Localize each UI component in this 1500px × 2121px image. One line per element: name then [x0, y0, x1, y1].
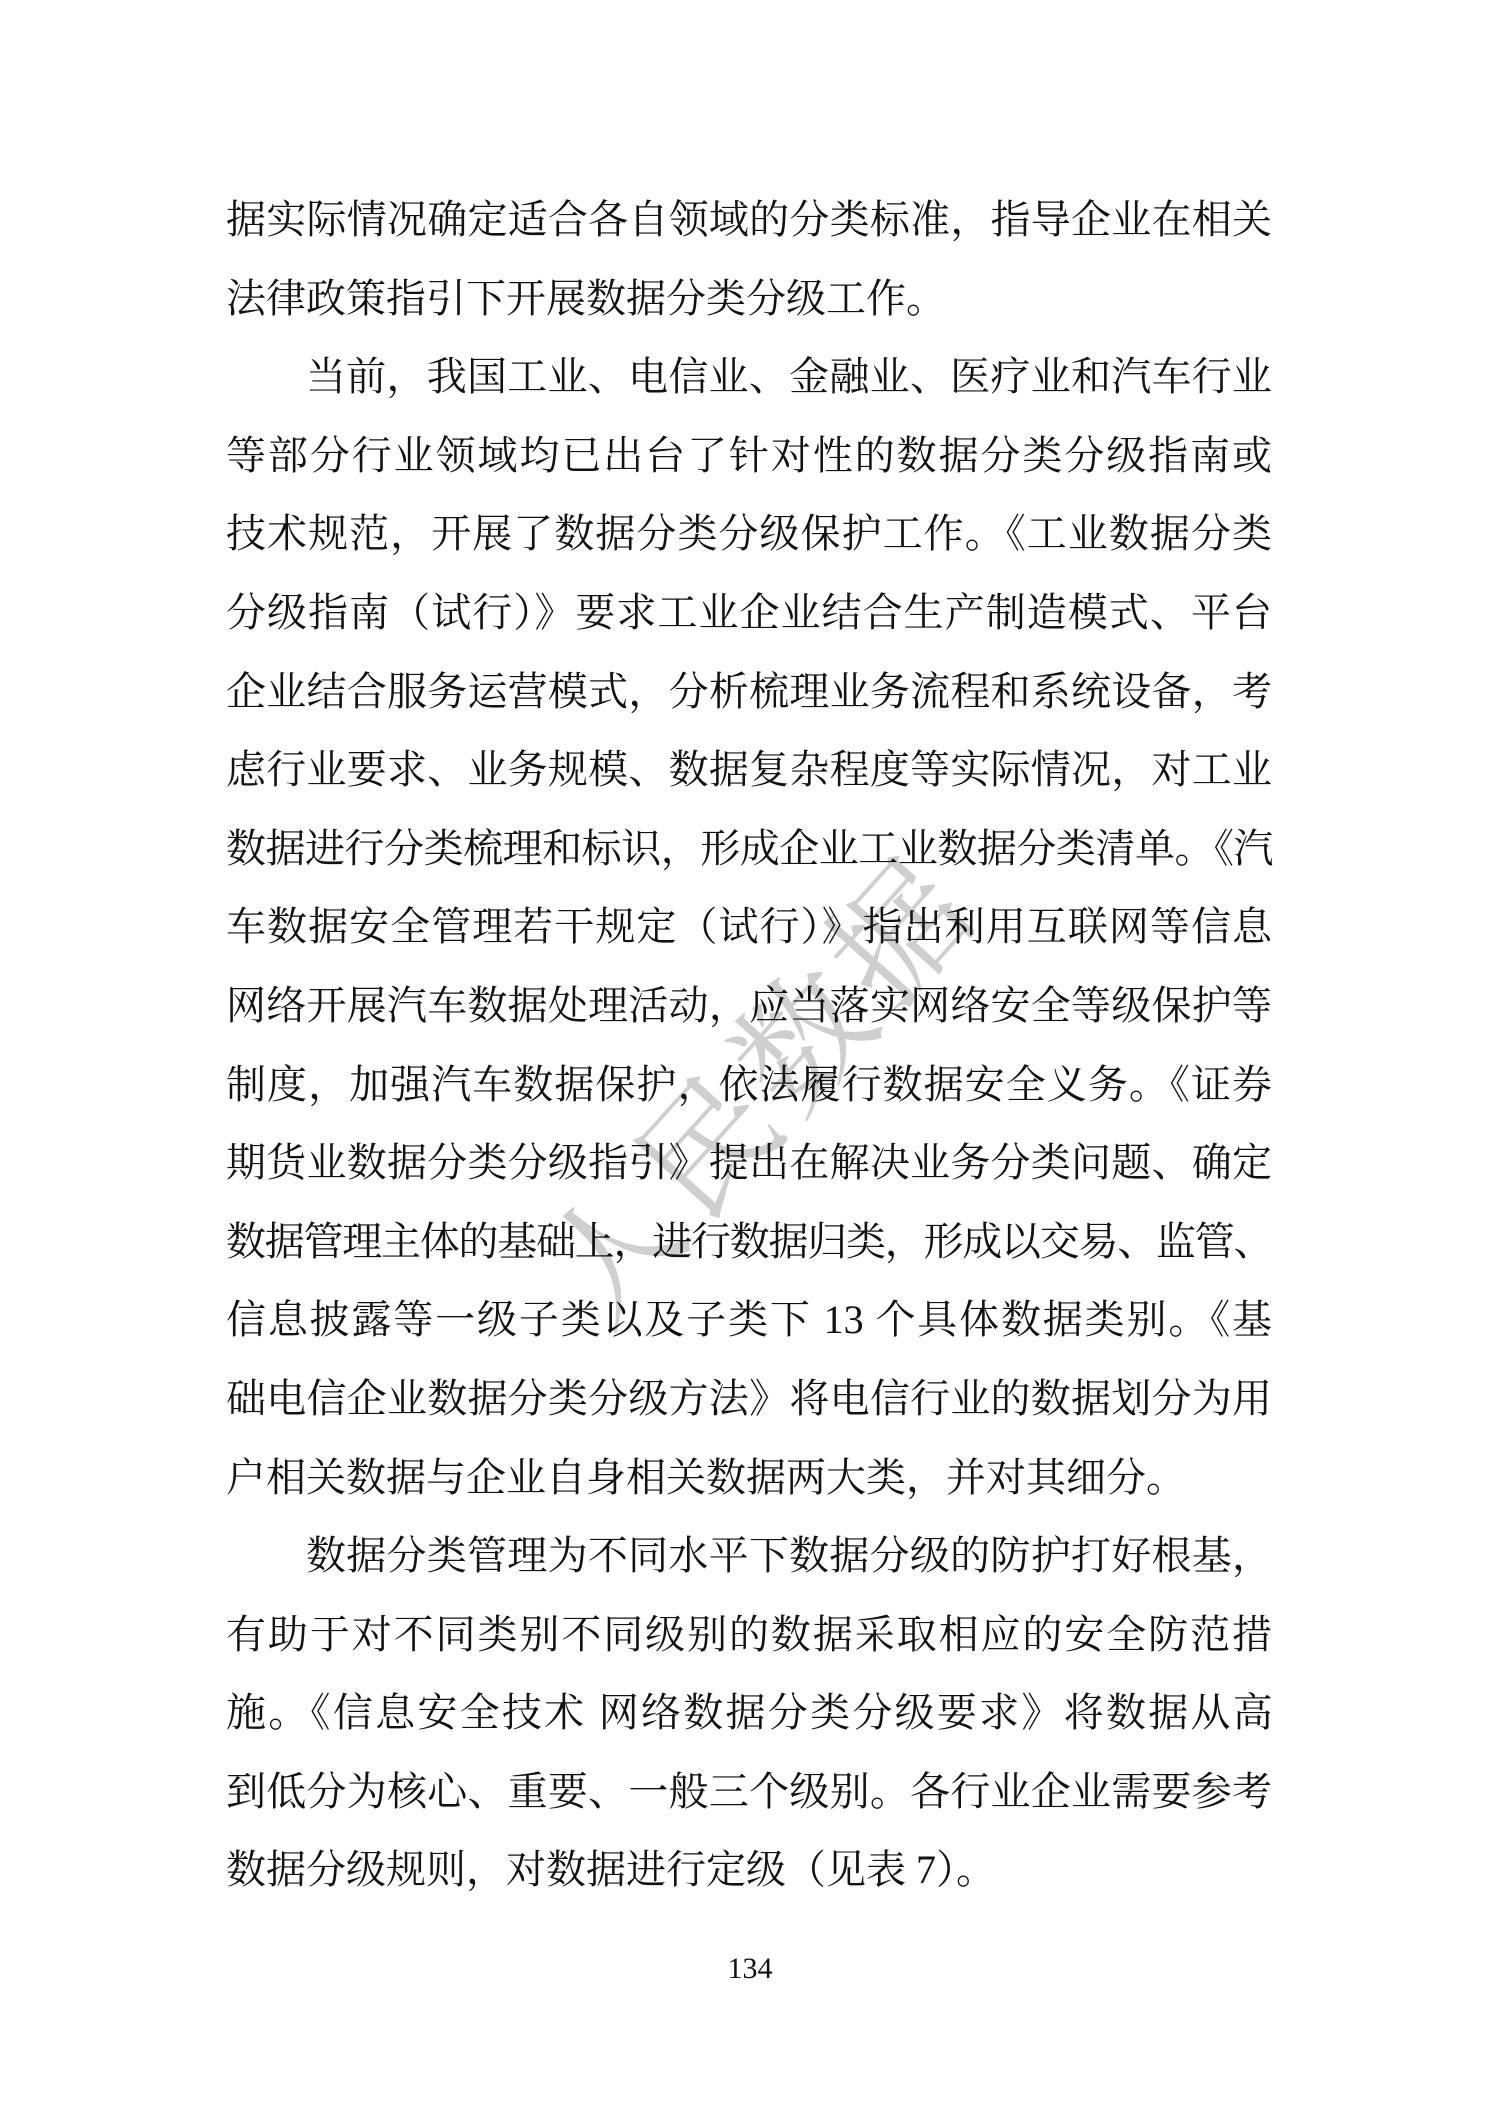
- text-line: 网络开展汽车数据处理活动，应当落实网络安全等级保护等: [226, 967, 1272, 1046]
- text-line: 法律政策指引下开展数据分类分级工作。: [226, 260, 1272, 339]
- text-line: 数据分级规则，对数据进行定级（见表 7）。: [226, 1831, 1272, 1910]
- text-line: 期货业数据分类分级指引》提出在解决业务分类问题、确定: [226, 1124, 1272, 1203]
- text-line: 有助于对不同类别不同级别的数据采取相应的安全防范措: [226, 1596, 1272, 1675]
- text-line: 数据分类管理为不同水平下数据分级的防护打好根基，: [226, 1517, 1272, 1596]
- page-number: 134: [0, 1949, 1500, 1989]
- text-line: 技术规范，开展了数据分类分级保护工作。《工业数据分类: [226, 495, 1272, 574]
- text-line: 企业结合服务运营模式，分析梳理业务流程和系统设备，考: [226, 653, 1272, 732]
- text-line: 当前，我国工业、电信业、金融业、医疗业和汽车行业: [226, 338, 1272, 417]
- text-line: 户相关数据与企业自身相关数据两大类，并对其细分。: [226, 1439, 1272, 1518]
- text-line: 数据管理主体的基础上，进行数据归类，形成以交易、监管、: [226, 1203, 1272, 1282]
- text-line: 制度，加强汽车数据保护，依法履行数据安全义务。《证券: [226, 1046, 1272, 1125]
- text-line: 车数据安全管理若干规定（试行）》指出利用互联网等信息: [226, 888, 1272, 967]
- body-text-block: 据实际情况确定适合各自领域的分类标准，指导企业在相关 法律政策指引下开展数据分类…: [226, 181, 1272, 1910]
- text-line: 等部分行业领域均已出台了针对性的数据分类分级指南或: [226, 417, 1272, 496]
- text-line: 到低分为核心、重要、一般三个级别。各行业企业需要参考: [226, 1753, 1272, 1832]
- text-line: 础电信企业数据分类分级方法》将电信行业的数据划分为用: [226, 1360, 1272, 1439]
- text-line: 分级指南（试行）》要求工业企业结合生产制造模式、平台: [226, 574, 1272, 653]
- document-page: 人民数据 据实际情况确定适合各自领域的分类标准，指导企业在相关 法律政策指引下开…: [0, 0, 1500, 2121]
- text-line: 信息披露等一级子类以及子类下 13 个具体数据类别。《基: [226, 1281, 1272, 1360]
- text-line: 数据进行分类梳理和标识，形成企业工业数据分类清单。《汽: [226, 810, 1272, 889]
- text-line: 虑行业要求、业务规模、数据复杂程度等实际情况，对工业: [226, 731, 1272, 810]
- text-line: 施。《信息安全技术 网络数据分类分级要求》将数据从高: [226, 1674, 1272, 1753]
- text-line: 据实际情况确定适合各自领域的分类标准，指导企业在相关: [226, 181, 1272, 260]
